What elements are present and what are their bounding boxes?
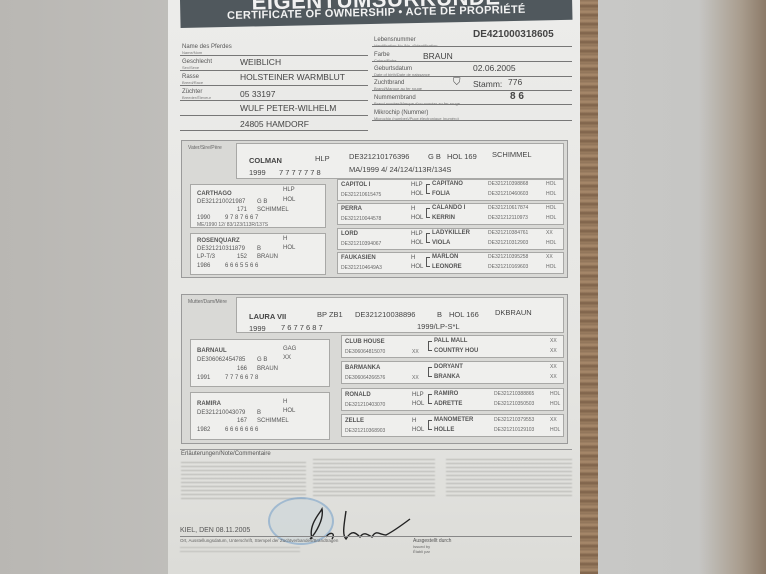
ssd-card: PERRA H DE321210044578 HOL CALANDO I DE3… (337, 203, 564, 225)
number-brand-label: NummernbrandBrand number/Marque d'un num… (374, 95, 460, 107)
dds-card: RONALD HLP DE321210403070 HOL RAMIRO DE3… (341, 388, 564, 411)
dsd-card: BARMANKA DE306064266576 XX DORYANT XX BR… (341, 361, 564, 384)
sire-section: Vater/Sire/Père COLMAN HLP DE32121017639… (181, 140, 568, 278)
dam-section: Mutter/Dam/Mère LAURA VII BP ZB1 DE32121… (181, 294, 568, 444)
number-brand-value: 8 6 (510, 91, 524, 102)
sds-card: LORD HLP DE321210394067 HOL LADYKILLER D… (337, 228, 564, 250)
ownership-certificate: EIGENTUMSURKUNDE CERTIFICATE OF OWNERSHI… (168, 0, 580, 574)
holstein-brand-icon: ⛉ (453, 77, 461, 88)
dam-card: LAURA VII BP ZB1 DE321210038896 B HOL 16… (236, 297, 564, 333)
dam-dam-card: RAMIRA H DE321210043079 B HOL 167 SCHIMM… (190, 392, 330, 440)
sire-card: COLMAN HLP DE321210176396 G B HOL 169 SC… (236, 143, 564, 179)
issued-by-label-fr: Établi par (413, 549, 430, 554)
sex-value: WEIBLICH (240, 57, 281, 67)
sire-name: COLMAN (249, 156, 282, 165)
breeder-name: WULF PETER-WILHELM (240, 103, 336, 113)
ddd-card: ZELLE H DE321210368903 HOL MANOMETER DE3… (341, 414, 564, 437)
certificate-banner: EIGENTUMSURKUNDE CERTIFICATE OF OWNERSHI… (180, 0, 573, 28)
dss-card: CLUB HOUSE DE306064815070 XX PALL MALL X… (341, 335, 564, 358)
breeder-id: 05 33197 (240, 89, 275, 99)
dam-section-label: Mutter/Dam/Mère (188, 299, 227, 305)
sire-sire-card: CARTHAGO HLP DE321210021987 G B HOL 171 … (190, 184, 326, 228)
breeder-address: 24805 HAMDORF (240, 119, 309, 129)
birth-date-value: 02.06.2005 (473, 63, 516, 73)
notes-text-fr (446, 456, 572, 498)
issue-caption: Ort, Ausstellungsdatum, Unterschrift, St… (180, 538, 338, 543)
life-number-label: LebensnummerIdentification No./No. d'ide… (374, 37, 437, 49)
notes-text-de (181, 459, 306, 499)
issue-place-date: KIEL, DEN 08.11.2005 (180, 527, 250, 534)
stamm-value: 776 (508, 77, 522, 87)
sdd-card: FAUKASIEN H DE3212104649A3 HOL MARLON DE… (337, 252, 564, 274)
notes-text-en (313, 456, 435, 498)
dam-sire-card: BARNAUL GAG DE306062454785 G B XX 166 BR… (190, 339, 330, 387)
breed-value: HOLSTEINER WARMBLUT (240, 72, 345, 82)
life-number-value: DE421000318605 (473, 29, 554, 40)
stamm-label: Stamm: (473, 79, 502, 89)
sss-card: CAPITOL I HLP DE321210615475 HOL CAPITAN… (337, 179, 564, 201)
sire-section-label: Vater/Sire/Père (188, 145, 222, 151)
dam-name: LAURA VII (249, 312, 286, 321)
color-value: BRAUN (423, 51, 453, 61)
background-right (598, 0, 766, 574)
wooden-surface (578, 0, 598, 574)
notes-label: Erläuterungen/Note/Commentaire (181, 451, 271, 457)
sire-dam-card: ROSENQUARZ H DE321210311879 B HOL LP-T/3… (190, 233, 326, 275)
color-label: FarbeColour/Robe (374, 52, 396, 64)
